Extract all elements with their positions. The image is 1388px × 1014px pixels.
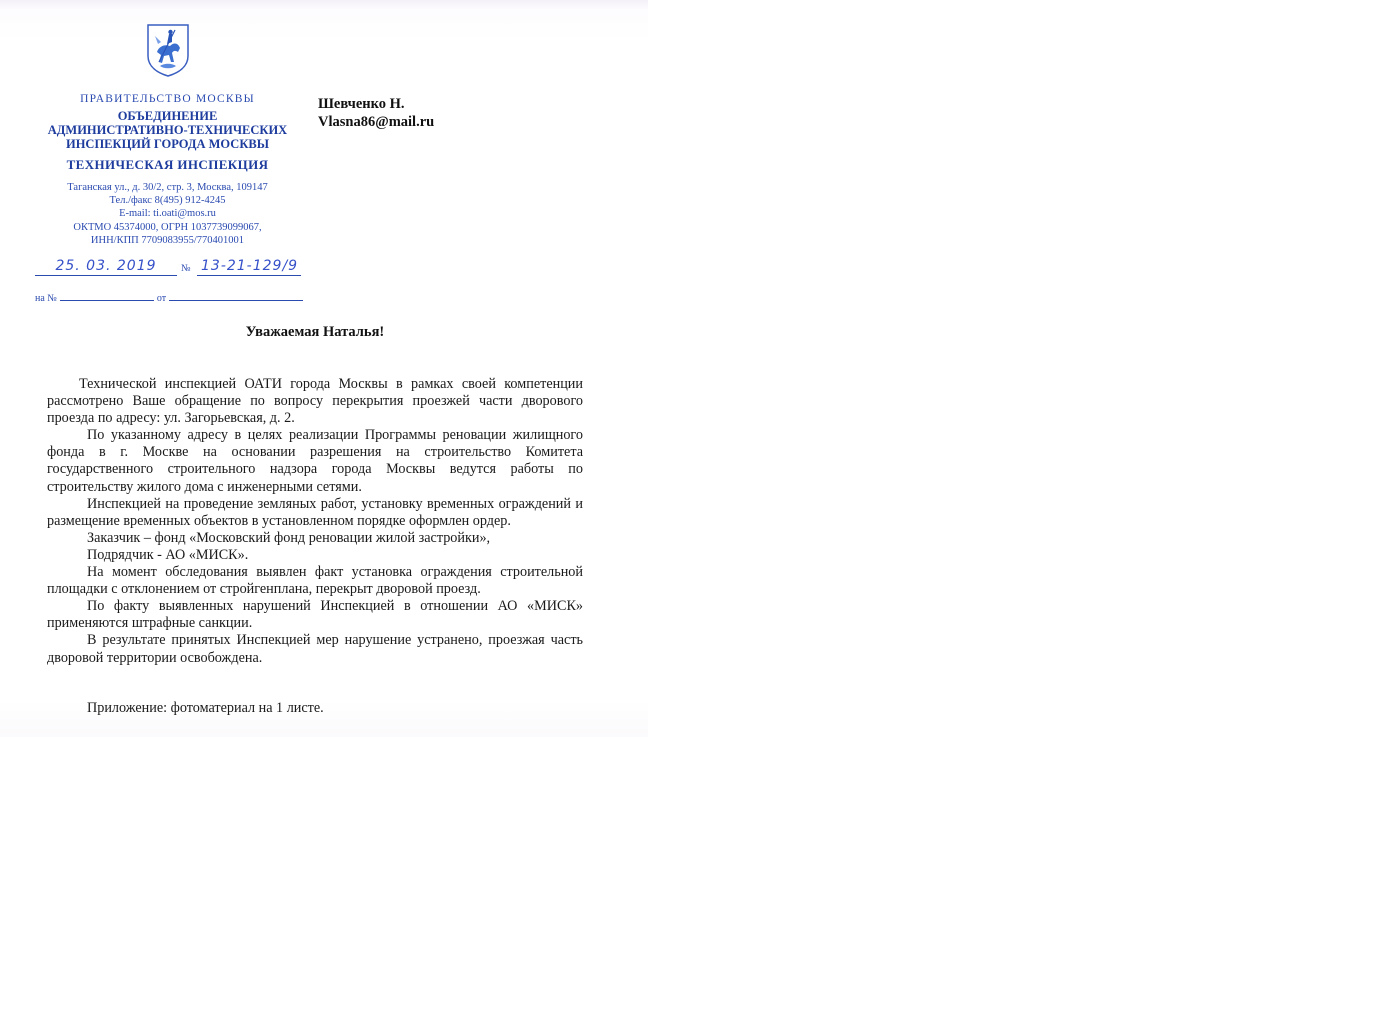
- organization-line: ОБЪЕДИНЕНИЕ: [30, 109, 305, 123]
- organization-name: ОБЪЕДИНЕНИЕ АДМИНИСТРАТИВНО-ТЕХНИЧЕСКИХ …: [30, 109, 305, 151]
- body-paragraph: Инспекцией на проведение земляных работ,…: [47, 496, 583, 530]
- body-paragraph: На момент обследования выявлен факт уста…: [47, 564, 583, 598]
- phone-fax: Тел./факс 8(495) 912-4245: [30, 194, 305, 207]
- reference-line: на №от: [35, 290, 305, 304]
- number-label: №: [181, 263, 191, 274]
- body-paragraph: В результате принятых Инспекцией мер нар…: [47, 632, 583, 666]
- recipient-name: Шевченко Н.: [318, 96, 434, 114]
- registry-codes: ОКТМО 45374000, ОГРН 1037739099067,: [30, 221, 305, 234]
- body-paragraph: Подрядчик - АО «МИСК».: [47, 547, 583, 564]
- recipient-email: Vlasna86@mail.ru: [318, 114, 434, 132]
- registration-line: 25. 03. 2019 № 13-21-129/9: [35, 258, 305, 278]
- body-paragraph: По факту выявленных нарушений Инспекцией…: [47, 598, 583, 632]
- body-paragraph: Заказчик – фонд «Московский фонд реновац…: [47, 530, 583, 547]
- address: Таганская ул., д. 30/2, стр. 3, Москва, …: [30, 181, 305, 194]
- recipient-block: Шевченко Н. Vlasna86@mail.ru: [318, 96, 434, 131]
- government-title: ПРАВИТЕЛЬСТВО МОСКВЫ: [30, 93, 305, 105]
- reference-number-blank: [60, 290, 154, 301]
- moscow-coat-of-arms-icon: [145, 22, 191, 78]
- attachment-note: Приложение: фотоматериал на 1 листе.: [87, 700, 324, 717]
- outgoing-number: 13-21-129/9: [197, 258, 301, 276]
- contact-details: Таганская ул., д. 30/2, стр. 3, Москва, …: [30, 181, 305, 247]
- organization-line: АДМИНИСТРАТИВНО-ТЕХНИЧЕСКИХ: [30, 123, 305, 137]
- letterhead: ПРАВИТЕЛЬСТВО МОСКВЫ ОБЪЕДИНЕНИЕ АДМИНИС…: [30, 22, 305, 247]
- body-paragraph: Технической инспекцией ОАТИ города Москв…: [47, 376, 583, 427]
- department-name: ТЕХНИЧЕСКАЯ ИНСПЕКЦИЯ: [30, 157, 305, 173]
- outgoing-date: 25. 03. 2019: [35, 258, 177, 276]
- scanned-letter-page: ПРАВИТЕЛЬСТВО МОСКВЫ ОБЪЕДИНЕНИЕ АДМИНИС…: [0, 0, 648, 737]
- reference-date-blank: [169, 290, 303, 301]
- tax-codes: ИНН/КПП 7709083955/770401001: [30, 234, 305, 247]
- salutation: Уважаемая Наталья!: [0, 324, 630, 341]
- letter-body: Технической инспекцией ОАТИ города Москв…: [47, 376, 583, 667]
- body-paragraph: По указанному адресу в целях реализации …: [47, 427, 583, 495]
- email: E-mail: ti.oati@mos.ru: [30, 207, 305, 220]
- reference-number-label: на №: [35, 293, 57, 304]
- reference-date-label: от: [157, 293, 166, 304]
- organization-line: ИНСПЕКЦИЙ ГОРОДА МОСКВЫ: [30, 137, 305, 151]
